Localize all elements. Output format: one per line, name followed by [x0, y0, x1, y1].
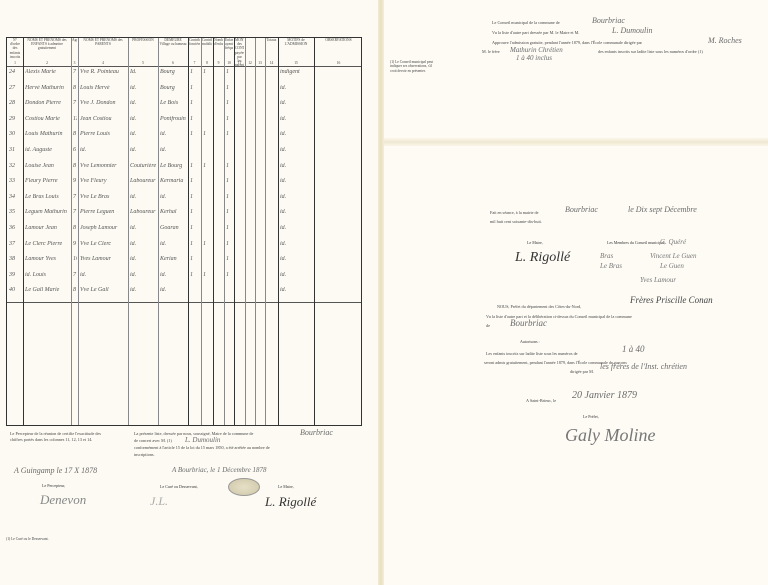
cell-motif: id.	[280, 209, 313, 215]
header-number: 3	[72, 61, 77, 65]
cell-child: Le Gall Marie	[25, 287, 70, 293]
cell-c7: 1	[190, 209, 200, 215]
cell-parent: Vve Fleury	[80, 178, 127, 184]
table-row: 33Fleury Pierre9Vve FleuryLaboureurKerma…	[7, 176, 361, 189]
liste-text-4: inscriptions.	[134, 452, 155, 458]
header-number: 7	[189, 61, 200, 65]
header-number: 8	[202, 61, 212, 65]
conseil-text-2: Vu la liste d'autre part dressée par M. …	[492, 30, 579, 36]
percepteur-label: Le Percepteur,	[42, 483, 65, 488]
cell-parent: Vve Le Clerc	[80, 241, 127, 247]
cell-child: Alexis Marie	[25, 69, 70, 75]
maire-label-left: Le Maire,	[278, 484, 294, 489]
cell-age: 7	[73, 272, 77, 278]
cell-prof: id.	[130, 131, 157, 137]
autorisons-label: Autorisons :	[520, 339, 540, 344]
cell-motif: id.	[280, 163, 313, 169]
conseil-directeur: M. Roches	[708, 38, 742, 44]
seance-text-1: Fait en séance, à la mairie de	[490, 210, 538, 216]
cell-prof: id.	[130, 287, 157, 293]
cell-c7: 1	[190, 116, 200, 122]
cell-motif: id.	[280, 85, 313, 91]
cell-child: Le Clerc Pierre	[25, 241, 70, 247]
admission-table: N° d'ordre des enfants inscrits1NOMS ET …	[6, 37, 362, 426]
cell-prof: id.	[130, 225, 157, 231]
liste-text-2: de concert avec M. (1)	[134, 438, 172, 444]
cell-motif: id.	[280, 116, 313, 122]
cell-parent: Vve Le Gall	[80, 287, 127, 293]
table-row: 34Le Bras Louis7Vve Le Brasid.id.11id.	[7, 192, 361, 205]
cell-n: 31	[9, 147, 22, 153]
cell-c7: 1	[190, 272, 200, 278]
cell-parent: Louis Hervé	[80, 85, 127, 91]
cell-age: 11	[73, 116, 77, 122]
cell-child: Dondon Pierre	[25, 100, 70, 106]
cell-prof: id.	[130, 100, 157, 106]
cell-age: 6	[73, 147, 77, 153]
cell-c7: 1	[190, 225, 200, 231]
cell-parent: id.	[80, 147, 127, 153]
cell-dwelling: Kermaria	[160, 178, 187, 184]
table-row: 31id. Auguste6id.id.id.id.	[7, 145, 361, 158]
percepteur-note: Le Percepteur de la réunion de certifie …	[10, 431, 110, 443]
cell-c10: 1	[226, 256, 233, 262]
seance-commune: Bourbriac	[565, 207, 598, 213]
cell-c7: 1	[190, 85, 200, 91]
header-number: 6	[159, 61, 187, 65]
cell-prof: id.	[130, 147, 157, 153]
cell-c8: 1	[203, 272, 212, 278]
cell-child: Lamour Yves	[25, 256, 70, 262]
cell-c7: 1	[190, 178, 200, 184]
cell-c10: 1	[226, 85, 233, 91]
prefet-text-6: dirigée par M.	[570, 369, 594, 375]
table-row: 28Dondon Pierre7Vve J. Dondonid.Le Bois1…	[7, 98, 361, 111]
table-row: 36Lamour Jean8Joseph Lamourid.Goaran11id…	[7, 223, 361, 236]
header-number: 12	[246, 61, 254, 65]
cell-n: 38	[9, 256, 22, 262]
cell-age: 9	[73, 241, 77, 247]
cure-signature: J.L.	[150, 494, 168, 509]
header-number: 1	[8, 61, 22, 65]
cell-motif: indigent	[280, 69, 313, 75]
prefet-directeur: les frères de l'Inst. chrétien	[600, 364, 687, 370]
header-number: 2	[24, 61, 70, 65]
prefet-text-4: Les enfants inscrits sur ladite liste so…	[486, 351, 578, 357]
cell-n: 37	[9, 241, 22, 247]
header-number: 9	[214, 61, 223, 65]
cell-parent: Jean Costiou	[80, 116, 127, 122]
member-signature: G. Quéré	[660, 238, 686, 246]
cell-dwelling: Le Bourg	[160, 163, 187, 169]
cell-dwelling: id.	[160, 147, 187, 153]
cell-age: 7	[73, 209, 77, 215]
cell-dwelling: Bourg	[160, 85, 187, 91]
prefet-signature: Galy Moline	[565, 425, 655, 446]
cell-child: Leguen Mathurin	[25, 209, 70, 215]
cell-c7: 1	[190, 241, 200, 247]
cell-age: 8	[73, 131, 77, 137]
header-number: 13	[256, 61, 264, 65]
liste-place-date: A Bourbriac, le 1 Décembre 1878	[172, 467, 266, 473]
member-signature: Bras	[600, 252, 613, 260]
right-page	[380, 0, 768, 585]
cell-age: 8	[73, 85, 77, 91]
liste-commune: Bourbriac	[300, 430, 333, 436]
conseil-commune: Bourbriac	[592, 18, 625, 24]
cell-child: Hervé Mathurin	[25, 85, 70, 91]
cell-c10: 1	[226, 69, 233, 75]
header-number: 10	[225, 61, 233, 65]
cell-age: 8	[73, 225, 77, 231]
cell-c7: 1	[190, 69, 200, 75]
member-signature: Yves Lamour	[640, 276, 676, 284]
cell-n: 36	[9, 225, 22, 231]
cell-parent: Vve Lemonnier	[80, 163, 127, 169]
cell-dwelling: id.	[160, 241, 187, 247]
cell-child: Louise Jean	[25, 163, 70, 169]
cell-age: 7	[73, 69, 77, 75]
cell-age: 8	[73, 163, 77, 169]
cell-motif: id.	[280, 225, 313, 231]
member-signature: Le Bras	[600, 262, 622, 270]
conseil-text-4: M. le frère	[482, 49, 500, 55]
saint-brieuc-date: 20 Janvier 1879	[572, 393, 637, 399]
cell-c10: 1	[226, 100, 233, 106]
cell-motif: id.	[280, 100, 313, 106]
cell-n: 30	[9, 131, 22, 137]
cell-c10: 1	[226, 178, 233, 184]
cell-motif: id.	[280, 241, 313, 247]
header-number: 5	[129, 61, 157, 65]
cell-c7: 1	[190, 194, 200, 200]
header-number: 15	[279, 61, 313, 65]
cell-prof: id.	[130, 272, 157, 278]
table-row: 39id. Louis7id.id.id.111id.	[7, 270, 361, 283]
cell-prof: id.	[130, 256, 157, 262]
cell-n: 27	[9, 85, 22, 91]
header-number: 4	[79, 61, 127, 65]
cell-n: 29	[9, 116, 22, 122]
cell-motif: id.	[280, 256, 313, 262]
maire-signature-right: L. Rigollé	[515, 250, 570, 266]
member-signature: Vincent Le Guen	[650, 252, 697, 260]
table-row: 29Costiou Marie11Jean Costiouid.Pontfrou…	[7, 114, 361, 127]
footnote: (1) Le Curé ou le Desservant.	[6, 536, 49, 542]
cell-n: 33	[9, 178, 22, 184]
cell-age: 8	[73, 287, 77, 293]
cell-c10: 1	[226, 209, 233, 215]
table-row: 27Hervé Mathurin8Louis Hervéid.Bourg11id…	[7, 83, 361, 96]
cell-prof: Couturière	[130, 163, 157, 169]
cell-n: 40	[9, 287, 22, 293]
cell-c7: 1	[190, 163, 200, 169]
cell-age: 7	[73, 194, 77, 200]
cell-n: 39	[9, 272, 22, 278]
cell-dwelling: id.	[160, 131, 187, 137]
conseil-numeros: 1 à 40 inclus	[516, 55, 552, 61]
cell-parent: Pierre Louis	[80, 131, 127, 137]
header-number: 11	[235, 61, 244, 65]
seance-text-2: mil huit cent soixante-dix-huit.	[490, 219, 542, 225]
maire-label-right: Le Maire,	[527, 240, 543, 245]
side-note: (1) Le Conseil municipal peut indiquer s…	[390, 60, 434, 73]
prefet-text-1: NOUS, Préfet du département des Côtes-du…	[497, 304, 581, 310]
cell-parent: Vve J. Dondon	[80, 100, 127, 106]
cell-c8: 1	[203, 131, 212, 137]
conseil-text-5: des enfants inscrits sur ladite liste so…	[598, 49, 703, 55]
cell-parent: Joseph Lamour	[80, 225, 127, 231]
cell-c7: 1	[190, 256, 200, 262]
maire-signature-left: L. Rigollé	[265, 494, 316, 510]
liste-cure: L. Dumoulin	[185, 437, 220, 443]
cell-c10: 1	[226, 131, 233, 137]
cell-child: Louis Mathurin	[25, 131, 70, 137]
percepteur-place-date: A Guingamp le 17 X 1878	[14, 468, 97, 474]
cell-c10: 1	[226, 272, 233, 278]
cell-prof: id.	[130, 85, 157, 91]
liste-text-3: conformément à l'article 15 de la loi du…	[134, 445, 364, 451]
cell-dwelling: Kerhal	[160, 209, 187, 215]
cell-c10: 1	[226, 116, 233, 122]
cell-parent: Vve R. Pointeau	[80, 69, 127, 75]
header-number: 14	[266, 61, 277, 65]
cell-n: 24	[9, 69, 22, 75]
cell-n: 28	[9, 100, 22, 106]
cell-dwelling: Le Bois	[160, 100, 187, 106]
cell-c8: 1	[203, 163, 212, 169]
cell-c8: 1	[203, 241, 212, 247]
table-row: 38Lamour Yves10Yves Lamourid.Kerian11id.	[7, 254, 361, 267]
prefet-hand-1: Frères Priscille Conan	[630, 297, 713, 303]
cell-c7: 1	[190, 100, 200, 106]
cell-child: id. Louis	[25, 272, 70, 278]
center-fold	[378, 0, 384, 585]
cell-parent: Pierre Leguen	[80, 209, 127, 215]
cell-c10: 1	[226, 225, 233, 231]
table-row: 30Louis Mathurin8Pierre Louisid.id.111id…	[7, 129, 361, 142]
cell-age: 7	[73, 100, 77, 106]
cell-parent: Vve Le Bras	[80, 194, 127, 200]
cell-child: Lamour Jean	[25, 225, 70, 231]
cell-prof: Laboureur	[130, 209, 157, 215]
prefet-text-3: de	[486, 323, 490, 329]
cell-child: Costiou Marie	[25, 116, 70, 122]
cell-prof: id.	[130, 116, 157, 122]
header-number: 16	[315, 61, 362, 65]
cell-dwelling: Pontfrouin	[160, 116, 187, 122]
member-signature: Le Guen	[660, 262, 684, 270]
cell-n: 35	[9, 209, 22, 215]
cell-motif: id.	[280, 131, 313, 137]
cell-motif: id.	[280, 287, 313, 293]
cell-n: 34	[9, 194, 22, 200]
cell-child: Fleury Pierre	[25, 178, 70, 184]
cell-dwelling: id.	[160, 287, 187, 293]
table-row: 24Alexis Marie7Vve R. PointeauId.Bourg11…	[7, 67, 361, 80]
cell-prof: id.	[130, 241, 157, 247]
cell-motif: id.	[280, 178, 313, 184]
cell-age: 10	[73, 256, 77, 262]
prefet-label: Le Préfet,	[583, 414, 599, 419]
cell-dwelling: Kerian	[160, 256, 187, 262]
cell-parent: Yves Lamour	[80, 256, 127, 262]
cell-dwelling: Bourg	[160, 69, 187, 75]
cell-c10: 1	[226, 163, 233, 169]
saint-brieuc-text: A Saint-Brieuc, le	[526, 398, 556, 404]
table-row: 40Le Gall Marie8Vve Le Gallid.id.id.	[7, 285, 361, 298]
table-row: 37Le Clerc Pierre9Vve Le Clercid.id.111i…	[7, 239, 361, 252]
seance-date: le Dix sept Décembre	[628, 207, 697, 213]
conseil-cure: L. Dumoulin	[612, 28, 652, 34]
conseil-frere: Mathurin Chrétien	[510, 47, 563, 53]
cell-prof: Laboureur	[130, 178, 157, 184]
cell-motif: id.	[280, 272, 313, 278]
prefet-commune: Bourbriac	[510, 320, 547, 326]
filled-rows-bottom-rule	[7, 302, 361, 303]
official-stamp	[228, 478, 260, 496]
cell-prof: id.	[130, 194, 157, 200]
cell-n: 32	[9, 163, 22, 169]
cell-c10: 1	[226, 194, 233, 200]
cell-motif: id.	[280, 194, 313, 200]
cell-dwelling: id.	[160, 272, 187, 278]
prefet-numeros: 1 à 40	[622, 346, 645, 352]
table-row: 35Leguen Mathurin7Pierre LeguenLaboureur…	[7, 207, 361, 220]
cell-prof: Id.	[130, 69, 157, 75]
prefet-text-2: Vu la liste d'autre part et la délibérat…	[486, 314, 632, 320]
cell-c8: 1	[203, 69, 212, 75]
cell-child: id. Auguste	[25, 147, 70, 153]
cell-dwelling: id.	[160, 194, 187, 200]
cell-c10: 1	[226, 241, 233, 247]
cure-label: Le Curé ou Desservant,	[160, 484, 198, 489]
cell-child: Le Bras Louis	[25, 194, 70, 200]
cell-age: 9	[73, 178, 77, 184]
membres-label: Les Membres du Conseil municipal,	[607, 240, 665, 245]
cell-dwelling: Goaran	[160, 225, 187, 231]
horizontal-fold	[384, 138, 768, 146]
percepteur-signature: Denevon	[40, 492, 86, 508]
conseil-text-1: Le Conseil municipal de la commune de	[492, 20, 560, 26]
cell-parent: id.	[80, 272, 127, 278]
cell-c7: 1	[190, 131, 200, 137]
cell-motif: id.	[280, 147, 313, 153]
table-row: 32Louise Jean8Vve LemonnierCouturièreLe …	[7, 161, 361, 174]
